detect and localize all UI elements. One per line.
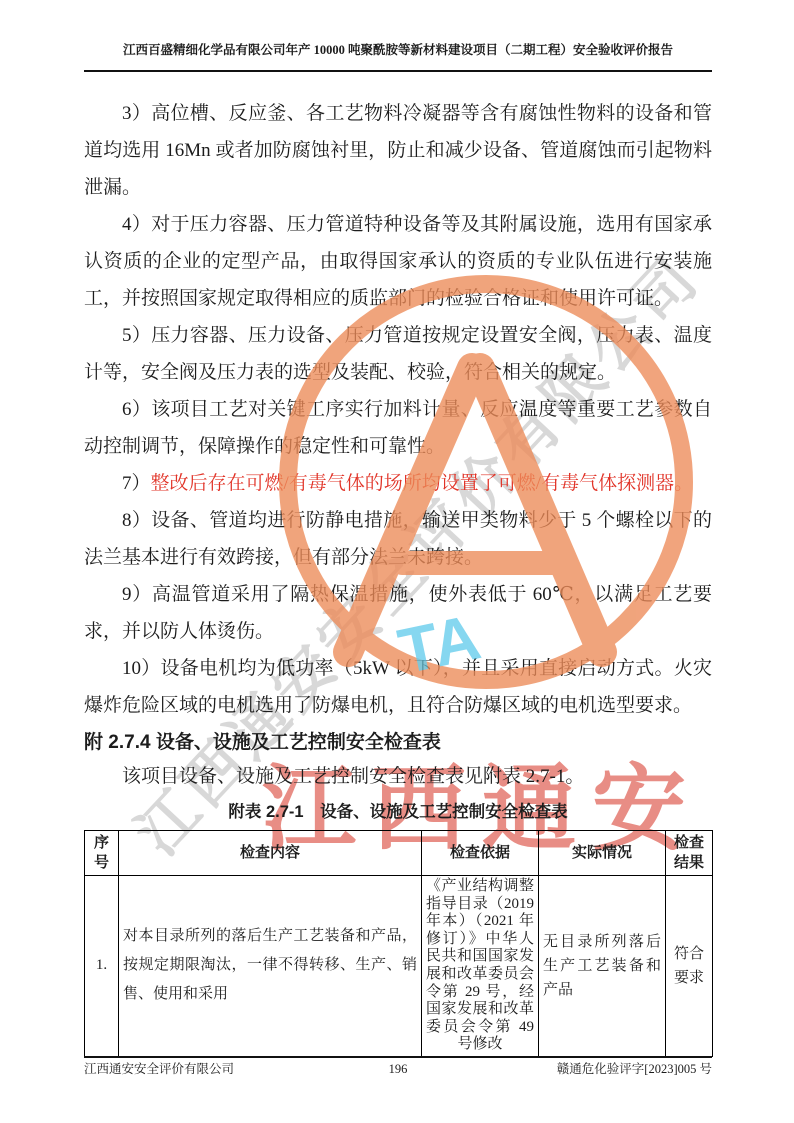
header-cell-result: 检查结果 bbox=[666, 831, 713, 876]
header-cell-basis: 检查依据 bbox=[422, 831, 539, 876]
body-flow: 3）高位槽、反应釜、各工艺物料冷凝器等含有腐蚀性物料的设备和管道均选用 16Mn… bbox=[84, 95, 712, 1057]
header-cell-content: 检查内容 bbox=[119, 831, 422, 876]
safety-check-table: 序号 检查内容 检查依据 实际情况 检查结果 1. 对本目录所列的落后生产工艺装… bbox=[84, 830, 713, 1057]
body-paragraph: 6）该项目工艺对关键工序实行加料计量、反应温度等重要工艺参数自动控制调节，保障操… bbox=[84, 391, 712, 465]
header-rule bbox=[84, 70, 712, 72]
body-paragraphs: 3）高位槽、反应釜、各工艺物料冷凝器等含有腐蚀性物料的设备和管道均选用 16Mn… bbox=[84, 95, 712, 724]
footer-page-number: 196 bbox=[389, 1061, 408, 1077]
intro-paragraph: 该项目设备、设施及工艺控制安全检查表见附表 2.7-1。 bbox=[84, 758, 712, 795]
row-cell-result: 符合要求 bbox=[666, 876, 713, 1057]
body-paragraph: 4）对于压力容器、压力管道特种设备等及其附属设施，选用有国家承认资质的企业的定型… bbox=[84, 206, 712, 317]
footer-company: 江西通安安全评价有限公司 bbox=[84, 1061, 389, 1077]
row-cell-basis: 《产业结构调整指导目录（2019 年本）（2021 年修订）》中华人民共和国国家… bbox=[422, 876, 539, 1057]
red-highlight-text: 整改后存在可燃/有毒气体的场所均设置了可燃/有毒气体探测器。 bbox=[151, 473, 694, 494]
paragraph-text: 3）高位槽、反应釜、各工艺物料冷凝器等含有腐蚀性物料的设备和管道均选用 16Mn… bbox=[84, 103, 712, 198]
paragraph-text: 4）对于压力容器、压力管道特种设备等及其附属设施，选用有国家承认资质的企业的定型… bbox=[84, 214, 712, 309]
document-page: 江西通安安全评价有限公司 江西通安 江西百盛精细化学品有限公司年产 10000 … bbox=[0, 0, 794, 1123]
body-paragraph: 3）高位槽、反应釜、各工艺物料冷凝器等含有腐蚀性物料的设备和管道均选用 16Mn… bbox=[84, 95, 712, 206]
row-cell-no: 1. bbox=[85, 876, 119, 1057]
paragraph-text: 9）高温管道采用了隔热保温措施，使外表低于 60℃，以满足工艺要求，并以防人体烫… bbox=[84, 584, 712, 642]
body-paragraph: 8）设备、管道均进行防静电措施，输送甲类物料少于 5 个螺栓以下的法兰基本进行有… bbox=[84, 502, 712, 576]
paragraph-text: 8）设备、管道均进行防静电措施，输送甲类物料少于 5 个螺栓以下的法兰基本进行有… bbox=[84, 510, 712, 568]
header-cell-no: 序号 bbox=[85, 831, 119, 876]
header-cell-actual: 实际情况 bbox=[539, 831, 666, 876]
body-paragraph: 7）整改后存在可燃/有毒气体的场所均设置了可燃/有毒气体探测器。 bbox=[84, 465, 712, 502]
page-footer: 江西通安安全评价有限公司 196 赣通危化验评字[2023]005 号 bbox=[84, 1061, 712, 1077]
body-paragraph: 5）压力容器、压力设备、压力管道按规定设置安全阀，压力表、温度计等，安全阀及压力… bbox=[84, 317, 712, 391]
paragraph-text: 7） bbox=[122, 473, 151, 494]
table-header-row: 序号 检查内容 检查依据 实际情况 检查结果 bbox=[85, 831, 713, 876]
table-row: 1. 对本目录所列的落后生产工艺装备和产品，按规定期限淘汰，一律不得转移、生产、… bbox=[85, 876, 713, 1057]
footer-doc-number: 赣通危化验评字[2023]005 号 bbox=[407, 1061, 712, 1077]
row-cell-content: 对本目录所列的落后生产工艺装备和产品，按规定期限淘汰，一律不得转移、生产、销售、… bbox=[119, 876, 422, 1057]
paragraph-text: 6）该项目工艺对关键工序实行加料计量、反应温度等重要工艺参数自动控制调节，保障操… bbox=[84, 399, 712, 457]
section-heading: 附 2.7.4 设备、设施及工艺控制安全检查表 bbox=[84, 728, 712, 758]
table-caption: 附表 2.7-1 设备、设施及工艺控制安全检查表 bbox=[84, 800, 712, 824]
body-paragraph: 10）设备电机均为低功率（5kW 以下），并且采用直接启动方式。火灾爆炸危险区域… bbox=[84, 650, 712, 724]
paragraph-text: 5）压力容器、压力设备、压力管道按规定设置安全阀，压力表、温度计等，安全阀及压力… bbox=[84, 325, 712, 383]
page-header-title: 江西百盛精细化学品有限公司年产 10000 吨聚酰胺等新材料建设项目（二期工程）… bbox=[84, 42, 712, 58]
row-cell-actual: 无目录所列落后生产工艺装备和产品 bbox=[539, 876, 666, 1057]
footer-rule bbox=[84, 1056, 712, 1058]
body-paragraph: 9）高温管道采用了隔热保温措施，使外表低于 60℃，以满足工艺要求，并以防人体烫… bbox=[84, 576, 712, 650]
paragraph-text: 10）设备电机均为低功率（5kW 以下），并且采用直接启动方式。火灾爆炸危险区域… bbox=[84, 658, 712, 716]
